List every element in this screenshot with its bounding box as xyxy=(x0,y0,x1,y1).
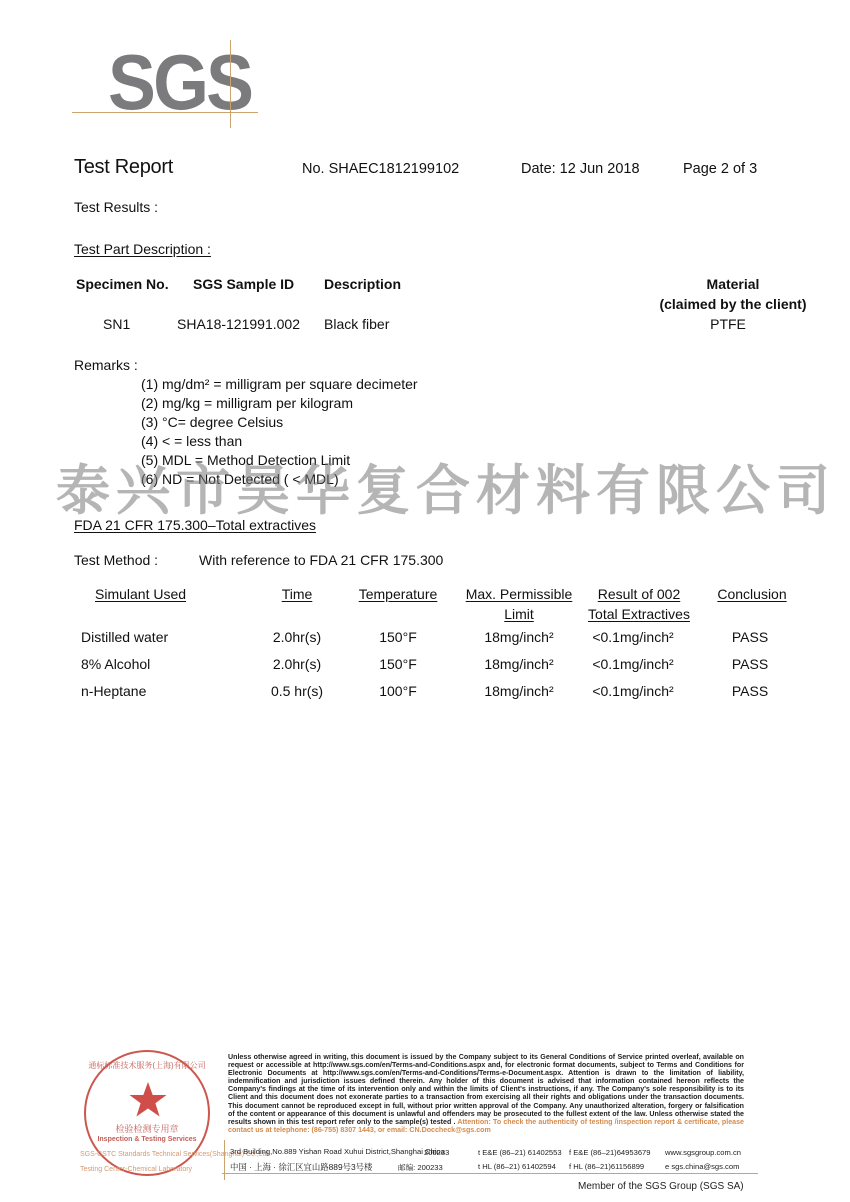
cell-temperature: 150°F xyxy=(350,656,446,672)
page-title: Test Report xyxy=(74,156,173,179)
remark-item: (1) mg/dm² = milligram per square decime… xyxy=(141,376,418,392)
header-conclusion: Conclusion xyxy=(710,586,794,602)
header-sample-id: SGS Sample ID xyxy=(193,276,294,292)
test-results-label: Test Results : xyxy=(74,199,158,215)
report-date: Date: 12 Jun 2018 xyxy=(521,161,640,177)
cell-temperature: 150°F xyxy=(350,629,446,645)
header-material-note: (claimed by the client) xyxy=(650,296,816,312)
member-statement: Member of the SGS Group (SGS SA) xyxy=(578,1181,744,1192)
test-method-label: Test Method : xyxy=(74,552,158,568)
fax-ee: f E&E (86–21)64953679 xyxy=(569,1148,651,1157)
section-title: FDA 21 CFR 175.300–Total extractives xyxy=(74,517,316,533)
cell-conclusion: PASS xyxy=(710,629,790,645)
address-divider-vertical xyxy=(224,1140,225,1180)
legal-disclaimer: Unless otherwise agreed in writing, this… xyxy=(228,1053,744,1134)
header-temperature: Temperature xyxy=(350,586,446,602)
stamp-ring-text: 通标标准技术服务(上海)有限公司 xyxy=(86,1060,208,1071)
stamp-en-text: Inspection & Testing Services xyxy=(86,1136,208,1143)
cell-time: 0.5 hr(s) xyxy=(262,683,332,699)
header-simulant: Simulant Used xyxy=(95,586,186,602)
cell-limit: 18mg/inch² xyxy=(458,683,580,699)
cell-result: <0.1mg/inch² xyxy=(576,656,690,672)
cell-limit: 18mg/inch² xyxy=(458,656,580,672)
logo-rule-vertical xyxy=(230,40,231,128)
address-cn: 中国 · 上海 · 徐汇区宜山路889号3号楼 xyxy=(230,1161,372,1173)
test-part-description-label: Test Part Description : xyxy=(74,241,211,257)
header-limit-line1: Max. Permissible xyxy=(458,586,580,602)
remark-item: (3) °C= degree Celsius xyxy=(141,414,283,430)
tel-ee: t E&E (86–21) 61402553 xyxy=(478,1148,562,1157)
cell-temperature: 100°F xyxy=(350,683,446,699)
cell-result: <0.1mg/inch² xyxy=(576,683,690,699)
disclaimer-text: Unless otherwise agreed in writing, this… xyxy=(228,1053,744,1126)
address-divider-horizontal xyxy=(222,1173,758,1174)
website-link[interactable]: www.sgsgroup.com.cn xyxy=(665,1148,741,1157)
remark-item: (2) mg/kg = milligram per kilogram xyxy=(141,395,353,411)
header-material: Material xyxy=(650,276,816,292)
header-specimen-no: Specimen No. xyxy=(76,276,169,292)
sgs-logo: SGS xyxy=(72,40,258,128)
cell-simulant: n-Heptane xyxy=(81,683,146,699)
stamp-cn-text: 检验检测专用章 xyxy=(86,1122,208,1135)
remark-item: (4) < = less than xyxy=(141,433,242,449)
page-indicator: Page 2 of 3 xyxy=(683,161,757,177)
tel-hl: t HL (86–21) 61402594 xyxy=(478,1162,556,1171)
email-link[interactable]: e sgs.china@sgs.com xyxy=(665,1162,739,1171)
header-result-line2: Total Extractives xyxy=(582,606,696,622)
report-number: No. SHAEC1812199102 xyxy=(302,161,459,177)
header-limit-line2: Limit xyxy=(458,606,580,622)
cell-simulant: 8% Alcohol xyxy=(81,656,150,672)
header-time: Time xyxy=(262,586,332,602)
cell-result: <0.1mg/inch² xyxy=(576,629,690,645)
postcode-en: 200233 xyxy=(424,1148,449,1157)
cell-time: 2.0hr(s) xyxy=(262,629,332,645)
header-description: Description xyxy=(324,276,401,292)
cell-sample-id: SHA18-121991.002 xyxy=(177,316,300,332)
cell-limit: 18mg/inch² xyxy=(458,629,580,645)
address-en: 3rd Building,No.889 Yishan Road Xuhui Di… xyxy=(230,1147,445,1156)
cell-conclusion: PASS xyxy=(710,683,790,699)
cell-conclusion: PASS xyxy=(710,656,790,672)
fax-hl: f HL (86–21)61156899 xyxy=(569,1162,644,1171)
cell-material: PTFE xyxy=(650,316,806,332)
test-method-value: With reference to FDA 21 CFR 175.300 xyxy=(199,552,443,568)
company-watermark: 泰兴市昊华复合材料有限公司 xyxy=(56,448,836,525)
header-result-line1: Result of 002 xyxy=(582,586,696,602)
star-icon xyxy=(128,1080,168,1120)
cell-time: 2.0hr(s) xyxy=(262,656,332,672)
remarks-label: Remarks : xyxy=(74,357,138,373)
cell-specimen-no: SN1 xyxy=(103,316,130,332)
cell-simulant: Distilled water xyxy=(81,629,168,645)
postcode-cn: 邮编: 200233 xyxy=(398,1162,443,1173)
cell-description: Black fiber xyxy=(324,316,389,332)
